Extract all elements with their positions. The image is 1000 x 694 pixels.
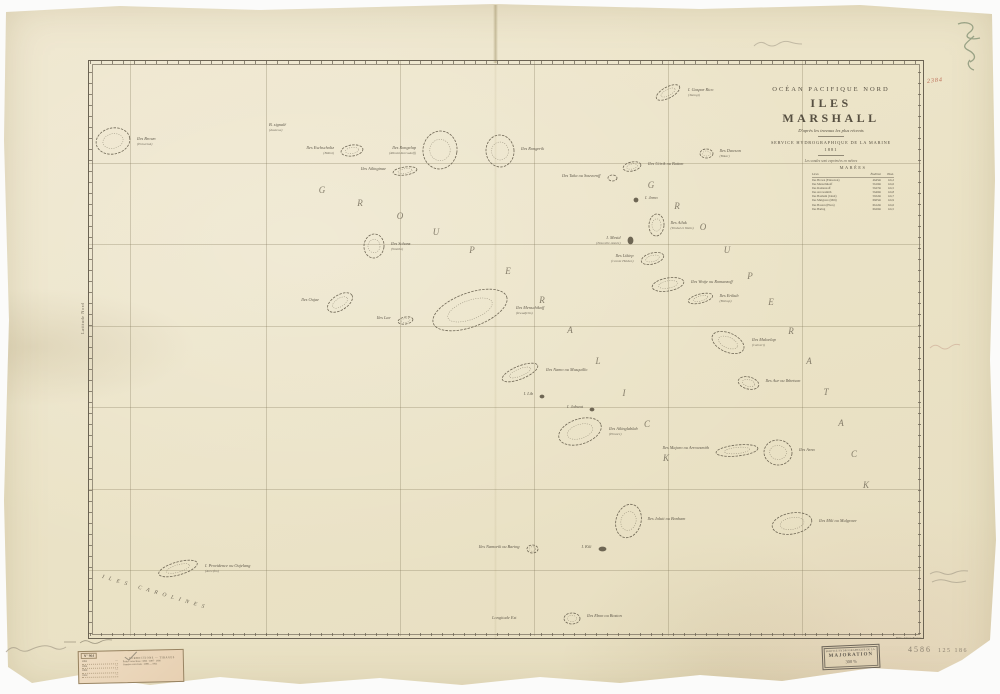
atoll-feature: I. Jabwat xyxy=(586,404,598,415)
atoll-label: I. Lib xyxy=(524,392,533,397)
atoll-outline-icon xyxy=(618,155,647,177)
atoll-sublabel: (Bishop) xyxy=(720,299,739,304)
atoll-label: Iles Likiep(Comte Heiden) xyxy=(611,254,633,263)
atoll-label: Iles Schanz(Wottho) xyxy=(391,242,410,251)
atoll-sublabel: (Arecifos) xyxy=(205,569,250,574)
atoll-label: Iles Maloelap(Calvert) xyxy=(752,338,776,347)
atoll-feature: Iles Utirik ou Button xyxy=(619,158,645,175)
atoll-label: Iles Oujae xyxy=(301,298,319,303)
atoll-label: I. Providence ou Oujelang(Arecifos) xyxy=(205,564,250,573)
tide-table: MARÉES Lieux Établisst Haut. Iles Brown … xyxy=(812,165,894,211)
chain-letter-ralick: R xyxy=(357,198,363,208)
chain-letter-ratack: O xyxy=(700,222,707,232)
atoll-sublabel: (Nouvelle Année) xyxy=(596,241,620,246)
atoll-feature: Iles Ebon ou Boston xyxy=(560,609,584,628)
slip-year-cell: 1899 xyxy=(82,669,87,673)
pencil-scribble-bottom-left xyxy=(4,642,70,658)
atoll-label: I. Mesid(Nouvelle Année) xyxy=(596,236,620,245)
slip-chart-number: N° 964 xyxy=(81,653,97,659)
chain-letter-ralick: E xyxy=(505,266,511,276)
atoll-feature: Iles Dawson(Bikar) xyxy=(696,145,717,162)
atoll-feature: Iles Erikub(Bishop) xyxy=(684,290,717,307)
publication-year: 1881 xyxy=(766,147,896,152)
atoll-outline-icon xyxy=(358,229,389,264)
slip-year-cell: — xyxy=(115,659,118,663)
tide-table-row: Iles Baring6h20m1m,5 xyxy=(812,207,894,211)
slip-line-2: Grandes corrections : 1896 — 1901 xyxy=(123,662,181,667)
atoll-label: Iles Namo ou Musquillo xyxy=(546,368,587,373)
atoll-outline-icon xyxy=(732,370,765,396)
atoll-feature: Iles Oujae xyxy=(322,291,358,314)
atoll-feature: Iles Rongerik xyxy=(482,131,518,171)
atoll-outline-icon xyxy=(759,434,797,469)
atoll-sublabel: (Bikar) xyxy=(720,154,741,159)
tide-table-title: MARÉES xyxy=(812,165,894,170)
atoll-sublabel: (Elmore) xyxy=(609,432,638,437)
chart-scan: GROUPERALICKGROUPERATACK Iles Brown(Eniw… xyxy=(0,0,1000,694)
tide-cell: Iles Baring xyxy=(812,207,865,211)
atoll-sublabel: (Wottho) xyxy=(391,247,410,252)
atoll-label: Iles Menschikoff(Kwadjelin) xyxy=(516,306,544,315)
slip-year-cell: 1902 xyxy=(82,674,87,678)
chain-letter-ralick: C xyxy=(644,419,650,429)
atoll-feature: B. signalé(douteux) xyxy=(258,123,266,131)
publisher-line: SERVICE HYDROGRAPHIQUE DE LA MARINE xyxy=(766,140,896,145)
atoll-outline-icon xyxy=(536,391,548,402)
atoll-label: Iles Namorik ou Baring xyxy=(479,545,520,550)
slip-years-table: 1893—1896—1899—1902— xyxy=(82,659,118,678)
tide-col-height: Haut. xyxy=(881,172,894,176)
atoll-label: Iles Jaluit ou Bonham xyxy=(648,517,686,522)
atoll-sublabel: (Bikini) xyxy=(306,151,334,156)
chain-letter-ralick: I xyxy=(623,388,626,398)
chain-letter-ralick: O xyxy=(397,211,404,221)
atoll-outline-icon xyxy=(480,130,519,173)
atoll-feature: Iles Aur ou Ibbetson xyxy=(734,373,763,393)
atoll-outline-icon xyxy=(258,123,266,131)
majoration-stamp: SERVICE HYDROGRAPHIQUE DE LA MARINE MAJO… xyxy=(822,644,881,670)
tide-cell: 6h20m xyxy=(865,207,881,211)
atoll-feature: Iles Taka ou Souvoroff xyxy=(604,171,621,185)
chain-letter-ratack: U xyxy=(724,245,731,255)
atoll-feature: Iles Maloelap(Calvert) xyxy=(707,329,749,356)
atoll-label: Iles Majuro ou Arrowsmith xyxy=(662,446,709,451)
atoll-feature: Iles Lae xyxy=(394,313,417,328)
tick-strip-right xyxy=(918,63,921,634)
atoll-feature: Iles Brown(Eniwetok) xyxy=(92,124,134,158)
atoll-feature: Iles Eschscholtz(Bikini) xyxy=(337,141,367,160)
title-block: OCÉAN PACIFIQUE NORD ILES MARSHALL D'apr… xyxy=(766,86,896,163)
atoll-outline-icon xyxy=(595,543,610,555)
chain-letter-ratack: R xyxy=(788,326,794,336)
atoll-label: Iles Mili ou Mulgrave xyxy=(819,519,857,524)
title-rule xyxy=(818,136,844,137)
chain-letter-ralick: L xyxy=(595,356,600,366)
chain-letter-ratack: G xyxy=(648,180,655,190)
atoll-outline-icon xyxy=(624,233,637,248)
slip-year-cell: — xyxy=(115,664,118,668)
atoll-label: Iles Dawson(Bikar) xyxy=(720,149,741,158)
atoll-feature: Iles Schanz(Wottho) xyxy=(360,230,388,262)
atoll-label: Iles Ebon ou Boston xyxy=(587,614,622,619)
atoll-outline-icon xyxy=(766,505,818,542)
pencil-scribble-top-right xyxy=(948,20,992,74)
atoll-sublabel: (douteux) xyxy=(269,128,286,133)
atoll-outline-icon xyxy=(89,120,137,162)
atoll-feature: Iles Ailinginae xyxy=(389,163,421,179)
atoll-outline-icon xyxy=(711,438,763,462)
atoll-feature: I. Mesid(Nouvelle Année) xyxy=(624,233,637,248)
region-title: OCÉAN PACIFIQUE NORD xyxy=(766,86,896,93)
tick-strip-top xyxy=(90,61,920,64)
atoll-sublabel: (Calvert) xyxy=(752,343,776,348)
atoll-label: Iles Taka ou Souvoroff xyxy=(562,174,600,179)
atoll-label: I. Jabwat xyxy=(567,405,583,410)
chain-letter-ralick: G xyxy=(319,185,326,195)
chain-letter-ratack: K xyxy=(863,480,869,490)
atoll-outline-icon xyxy=(586,404,598,415)
atoll-label: Iles Erikub(Bishop) xyxy=(720,294,739,303)
correction-slip: N° 964 1893—1896—1899—1902— CORRECTIONS … xyxy=(78,649,185,684)
atoll-label: Iles Arno xyxy=(799,448,815,453)
atoll-label: I. Kili xyxy=(581,545,591,550)
tide-cell: 1m,5 xyxy=(881,207,894,211)
atoll-sublabel: (Tindal et Watts) xyxy=(671,226,694,231)
soundings-note: Les sondes sont exprimées en mètres xyxy=(766,159,896,163)
atoll-outline-icon xyxy=(643,209,668,241)
atoll-feature: Iles Ailinglablab(Elmore) xyxy=(554,415,606,448)
slip-year-cell: — xyxy=(116,673,119,677)
atoll-feature: Iles Arno xyxy=(760,436,796,469)
atoll-outline-icon xyxy=(416,124,464,175)
plate-numbers: 4586 125 186 xyxy=(908,645,968,654)
atoll-feature: Iles Namorik ou Baring xyxy=(523,541,542,557)
atoll-label: Iles Wotje ou Romanzoff xyxy=(691,280,733,285)
pencil-scribble-right-edge xyxy=(928,340,962,354)
atoll-label: Iles Eschscholtz(Bikini) xyxy=(306,146,334,155)
atoll-label: I. Jemo xyxy=(645,196,658,201)
tide-col-name: Lieux xyxy=(812,172,865,176)
slip-year-cell: 1893 xyxy=(82,660,87,664)
chain-letter-ratack: P xyxy=(747,271,753,281)
price-label: Prix : Deux Francs xyxy=(896,636,922,640)
atoll-outline-icon xyxy=(560,609,584,628)
atoll-sublabel: (Eniwetok) xyxy=(137,142,156,147)
atoll-feature: Iles Wotje ou Romanzoff xyxy=(648,274,688,295)
slip-year-cell: — xyxy=(115,668,118,672)
atoll-label: Iles Ailuk(Tindal et Watts) xyxy=(671,221,694,230)
atoll-label: Iles Ailinginae xyxy=(361,167,386,172)
map-title: ILES MARSHALL xyxy=(766,96,896,126)
atoll-outline-icon xyxy=(523,541,542,557)
atoll-feature: Iles Ailuk(Tindal et Watts) xyxy=(645,210,668,240)
atoll-feature: Iles Rongelap(Rimski-Korsakoff) xyxy=(419,127,461,173)
chain-letter-ralick: P xyxy=(469,245,475,255)
longitude-axis-label: Longitude Est xyxy=(492,615,517,620)
atoll-label: Iles Brown(Eniwetok) xyxy=(137,137,156,146)
chain-letter-ralick: K xyxy=(663,453,669,463)
atoll-feature: I. Lib xyxy=(536,391,548,402)
atoll-label: Iles Lae xyxy=(377,316,391,321)
atoll-feature: I. Providence ou Oujelang(Arecifos) xyxy=(154,558,202,579)
atoll-label: Iles Rongerik xyxy=(521,147,544,152)
atoll-sublabel: (Rimski-Korsakoff) xyxy=(389,151,416,156)
tick-strip-bottom xyxy=(90,633,920,636)
atoll-sublabel: (Kwadjelin) xyxy=(516,311,544,316)
atoll-label: Iles Ailinglablab(Elmore) xyxy=(609,427,638,436)
depot-number: 125 186 xyxy=(938,648,968,654)
atoll-label: I. Gaspar Rico(Taongi) xyxy=(688,88,713,97)
atoll-feature: Iles Likiep(Comte Heiden) xyxy=(637,249,668,268)
imprint-scribble-bottom-left xyxy=(62,637,118,647)
chart-number: 4586 xyxy=(908,645,932,654)
atoll-label: Iles Utirik ou Button xyxy=(648,162,683,167)
chain-letter-ratack: R xyxy=(674,201,680,211)
chain-letter-ratack: A xyxy=(838,418,844,428)
atoll-feature: I. Jemo xyxy=(630,194,642,206)
chain-letter-ralick: A xyxy=(567,325,573,335)
atoll-outline-icon xyxy=(696,145,717,162)
atoll-feature: Iles Namo ou Musquillo xyxy=(497,362,543,383)
slip-year-row: 1902— xyxy=(82,673,118,678)
tide-col-establishment: Établisst xyxy=(865,172,881,176)
atoll-outline-icon xyxy=(606,496,649,545)
atoll-outline-icon xyxy=(604,171,621,185)
chain-letter-ratack: E xyxy=(768,297,774,307)
atoll-feature: Iles Mili ou Mulgrave xyxy=(768,509,816,538)
atoll-outline-icon xyxy=(392,311,417,330)
chain-letter-ratack: T xyxy=(823,387,828,397)
atoll-feature: Iles Menschikoff(Kwadjelin) xyxy=(427,289,513,331)
atoll-sublabel: (Taongi) xyxy=(688,93,713,98)
atoll-outline-icon xyxy=(630,194,642,206)
atoll-outline-icon xyxy=(635,245,670,271)
chain-letter-ralick: R xyxy=(539,295,545,305)
chain-letter-ratack: C xyxy=(851,449,857,459)
pencil-scribble-right-lower xyxy=(928,568,972,588)
atoll-feature: I. Gaspar Rico(Taongi) xyxy=(651,83,685,102)
map-subtitle: D'après les travaux les plus récents xyxy=(766,128,896,133)
atoll-feature: I. Kili xyxy=(595,543,610,555)
atoll-feature: Iles Jaluit ou Bonham xyxy=(612,500,645,542)
atoll-sublabel: (Comte Heiden) xyxy=(611,259,633,264)
paper-fold-crease xyxy=(493,5,498,63)
atoll-outline-icon xyxy=(388,161,422,181)
stamp-inner-border: SERVICE HYDROGRAPHIQUE DE LA MARINE MAJO… xyxy=(824,646,879,668)
title-rule xyxy=(818,155,844,156)
pencil-checkmark xyxy=(123,651,139,661)
chain-letter-ratack: A xyxy=(806,356,812,366)
atoll-label: Iles Aur ou Ibbetson xyxy=(766,379,801,384)
tide-table-rows: Iles Brown (Eniwetok)4h45m1m,2Iles Mensc… xyxy=(812,178,894,211)
chain-letter-ralick: U xyxy=(433,227,440,237)
slip-year-cell: 1896 xyxy=(82,665,87,669)
latitude-axis-label: Latitude Nord xyxy=(80,303,85,334)
atoll-label: B. signalé(douteux) xyxy=(269,123,286,132)
atoll-label: Iles Rongelap(Rimski-Korsakoff) xyxy=(389,146,416,155)
pencil-scribble-top-center xyxy=(752,38,804,50)
atoll-outline-icon xyxy=(336,139,368,162)
atoll-feature: Iles Majuro ou Arrowsmith xyxy=(712,441,762,460)
